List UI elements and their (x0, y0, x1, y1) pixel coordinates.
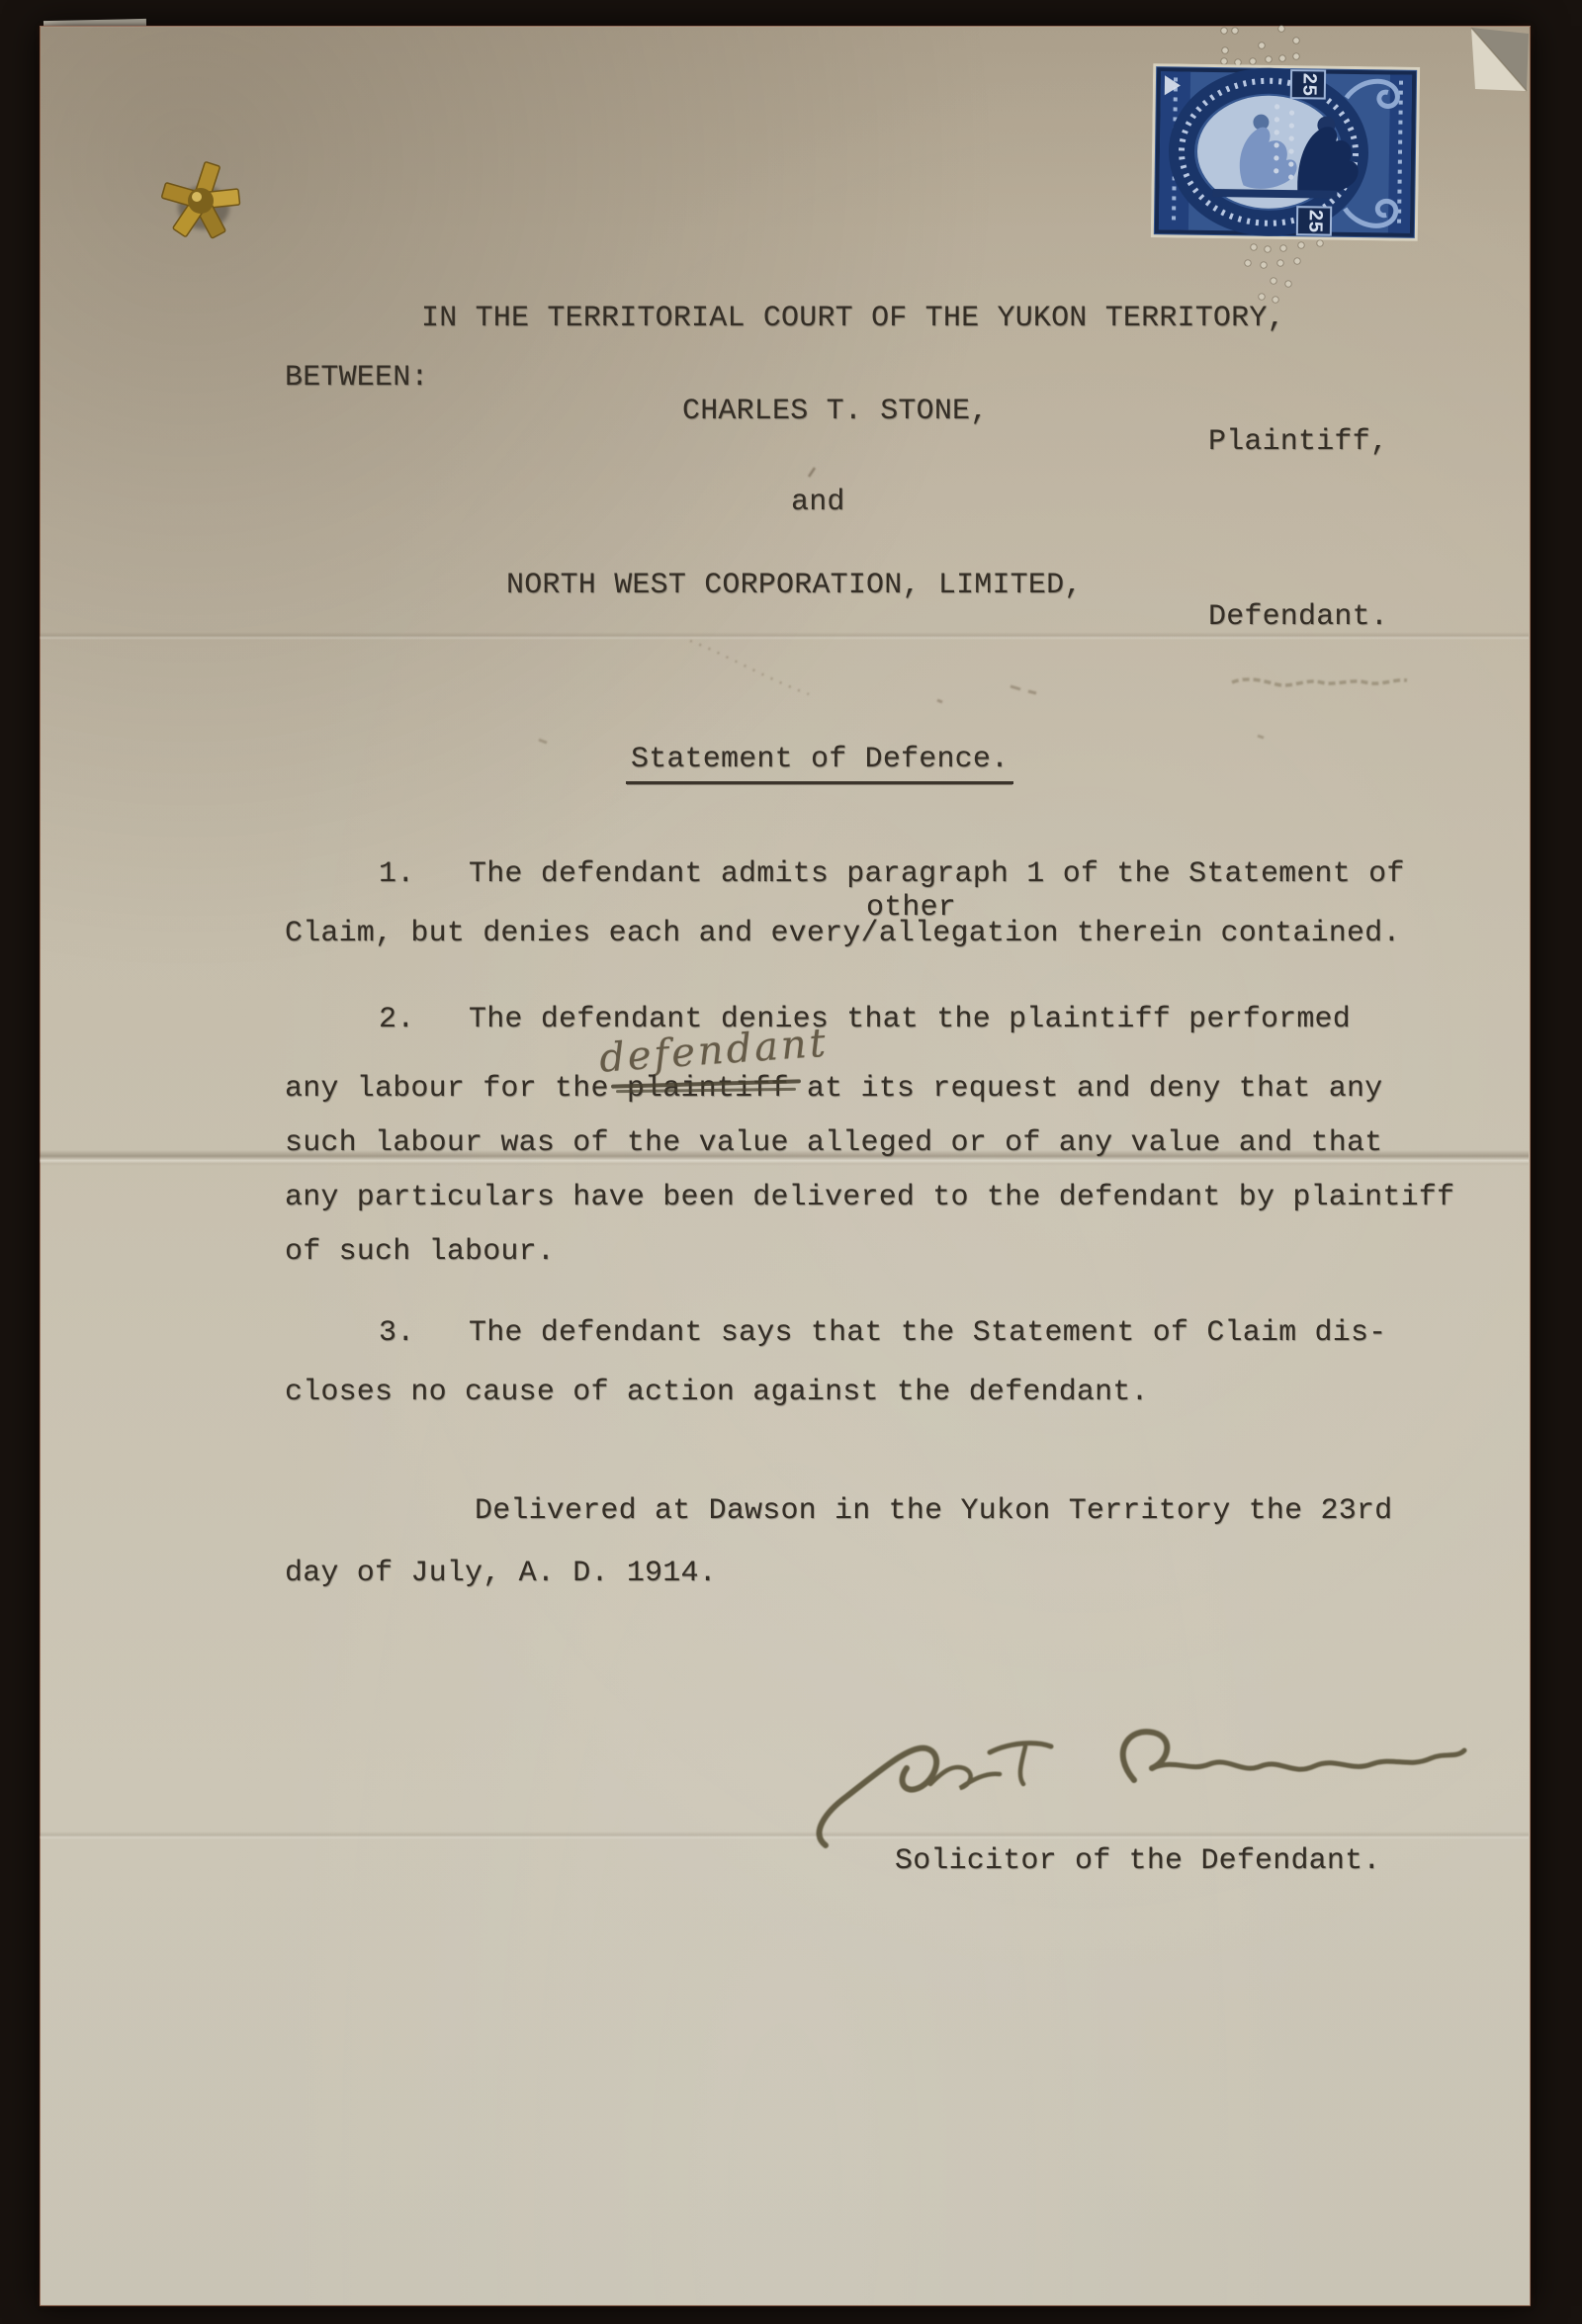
document-title: Statement of Defence. (626, 744, 1013, 784)
conjunction-and: and (791, 487, 845, 519)
document-paper (40, 26, 1531, 2306)
para-2-line-2-pre: any labour for the (285, 1072, 627, 1106)
delivery-line-1: Delivered at Dawson in the Yukon Territo… (475, 1495, 1392, 1528)
para-2-line-4: any particulars have been delivered to t… (285, 1182, 1454, 1214)
plaintiff-name: CHARLES T. STONE, (682, 396, 988, 428)
para-3-line-2: closes no cause of action against the de… (285, 1377, 1149, 1409)
para-3-line-1: 3. The defendant says that the Statement… (379, 1317, 1386, 1350)
para-1-line-1: 1. The defendant admits paragraph 1 of t… (379, 858, 1405, 891)
court-header-line: IN THE TERRITORIAL COURT OF THE YUKON TE… (421, 303, 1285, 335)
between-label: BETWEEN: (285, 362, 429, 395)
para-2-line-2: any labour for the plaintiff at its requ… (285, 1073, 1382, 1106)
para-2-line-2-post: at its request and deny that any (789, 1072, 1383, 1106)
plaintiff-role-label: Plaintiff, (1208, 426, 1388, 459)
defendant-name: NORTH WEST CORPORATION, LIMITED, (506, 570, 1083, 602)
para-2-line-5: of such labour. (285, 1236, 555, 1269)
scanned-document-photo: 25 25 IN THE TERRI (0, 0, 1582, 2324)
signature-caption: Solicitor of the Defendant. (895, 1845, 1380, 1878)
para-2-line-3: such labour was of the value alleged or … (285, 1127, 1382, 1160)
defendant-role-label: Defendant. (1208, 601, 1388, 634)
para-1-line-2: Claim, but denies each and every/allegat… (285, 918, 1401, 950)
delivery-line-2: day of July, A. D. 1914. (285, 1558, 717, 1590)
